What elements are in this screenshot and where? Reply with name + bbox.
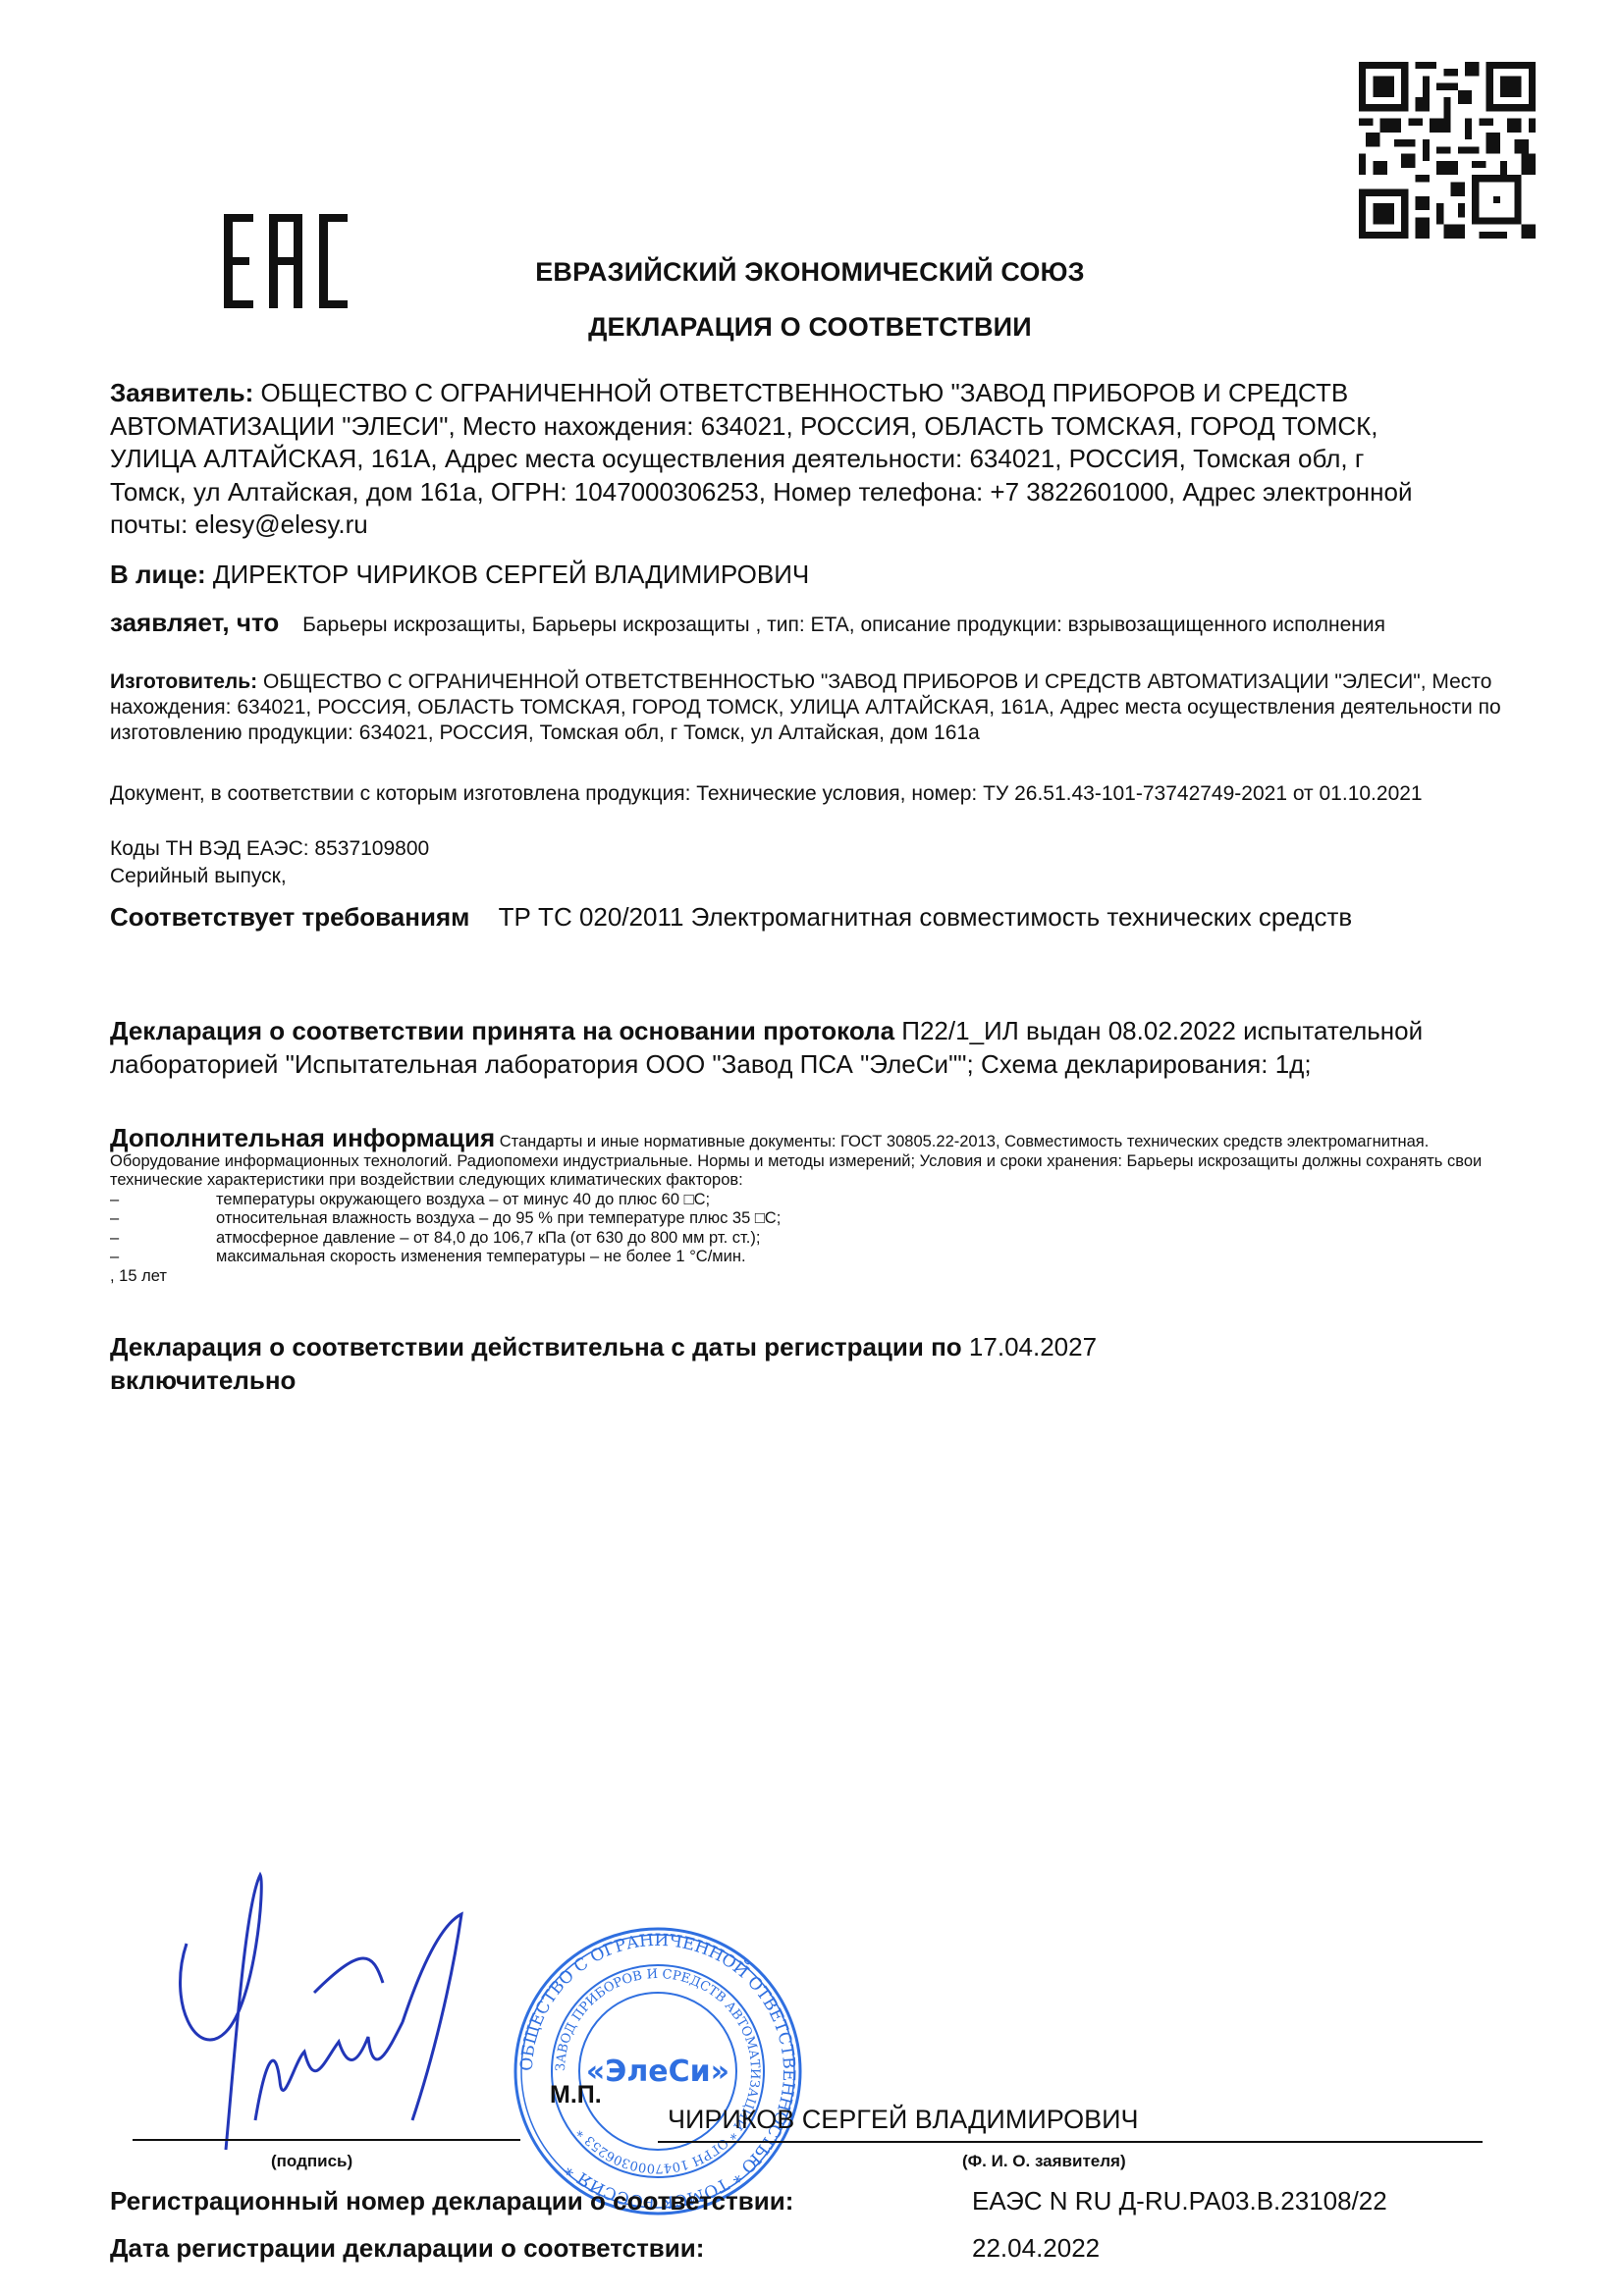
signature-line [133, 2139, 520, 2141]
name-caption: (Ф. И. О. заявителя) [962, 2152, 1126, 2171]
protocol-section: Декларация о соответствии принята на осн… [110, 1015, 1485, 1081]
manufacturer-section: Изготовитель: ОБЩЕСТВО С ОГРАНИЧЕННОЙ ОТ… [110, 669, 1504, 746]
declares-section: заявляет, что Барьеры искрозащиты, Барье… [110, 609, 1524, 639]
validity-suffix: включительно [110, 1365, 296, 1395]
protocol-label: Декларация о соответствии принята на осн… [110, 1016, 894, 1045]
document-title: ДЕКЛАРАЦИЯ О СООТВЕТСТВИИ [0, 312, 1620, 343]
conforms-text: ТР ТС 020/2011 Электромагнитная совмести… [499, 902, 1353, 932]
signer-name: ЧИРИКОВ СЕРГЕЙ ВЛАДИМИРОВИЧ [668, 2105, 1139, 2135]
climate-item: –атмосферное давление – от 84,0 до 106,7… [110, 1229, 1524, 1249]
seal-placeholder: М.П. [550, 2081, 602, 2109]
tn-ved-code: Коды ТН ВЭД ЕАЭС: 8537109800 [110, 836, 429, 862]
registration-number-label: Регистрационный номер декларации о соотв… [110, 2186, 793, 2216]
company-stamp-icon: ОБЩЕСТВО С ОГРАНИЧЕННОЙ ОТВЕТСТВЕННОСТЬЮ… [511, 1924, 805, 2218]
conforms-label: Соответствует требованиям [110, 902, 469, 932]
document-basis: Документ, в соответствии с которым изгот… [110, 781, 1494, 807]
storage-period: , 15 лет [110, 1267, 1524, 1287]
applicant-text: ОБЩЕСТВО С ОГРАНИЧЕННОЙ ОТВЕТСТВЕННОСТЬЮ… [110, 378, 1413, 539]
qr-code-icon [1359, 62, 1536, 239]
climate-item: –относительная влажность воздуха – до 95… [110, 1209, 1524, 1229]
svg-text:«ЭлеСи»: «ЭлеСи» [586, 2055, 729, 2089]
climate-item: –температуры окружающего воздуха – от ми… [110, 1191, 1524, 1210]
registration-number: ЕАЭС N RU Д-RU.РА03.В.23108/22 [972, 2186, 1387, 2216]
declares-label: заявляет, что [110, 608, 279, 637]
represented-by-section: В лице: ДИРЕКТОР ЧИРИКОВ СЕРГЕЙ ВЛАДИМИР… [110, 559, 1524, 592]
represented-by-label: В лице: [110, 560, 206, 589]
climate-item: –максимальная скорость изменения темпера… [110, 1248, 1524, 1267]
conforms-section: Соответствует требованиям ТР ТС 020/2011… [110, 901, 1485, 934]
validity-label: Декларация о соответствии действительна … [110, 1332, 962, 1362]
additional-info-section: Дополнительная информация Стандарты и ин… [110, 1129, 1524, 1286]
serial-release: Серийный выпуск, [110, 864, 287, 889]
represented-by-text: ДИРЕКТОР ЧИРИКОВ СЕРГЕЙ ВЛАДИМИРОВИЧ [213, 560, 809, 589]
additional-info-label: Дополнительная информация [110, 1123, 495, 1152]
applicant-label: Заявитель: [110, 378, 253, 407]
applicant-section: Заявитель: ОБЩЕСТВО С ОГРАНИЧЕННОЙ ОТВЕТ… [110, 377, 1435, 542]
registration-date: 22.04.2022 [972, 2233, 1100, 2264]
union-title: ЕВРАЗИЙСКИЙ ЭКОНОМИЧЕСКИЙ СОЮЗ [0, 257, 1620, 288]
declares-text: Барьеры искрозащиты, Барьеры искрозащиты… [302, 614, 1385, 636]
registration-date-label: Дата регистрации декларации о соответств… [110, 2233, 704, 2264]
validity-section: Декларация о соответствии действительна … [110, 1331, 1337, 1397]
manufacturer-label: Изготовитель: [110, 670, 257, 693]
manufacturer-text: ОБЩЕСТВО С ОГРАНИЧЕННОЙ ОТВЕТСТВЕННОСТЬЮ… [110, 670, 1501, 744]
signature-caption: (подпись) [271, 2152, 352, 2171]
validity-date: 17.04.2027 [969, 1332, 1097, 1362]
name-line [658, 2141, 1483, 2143]
